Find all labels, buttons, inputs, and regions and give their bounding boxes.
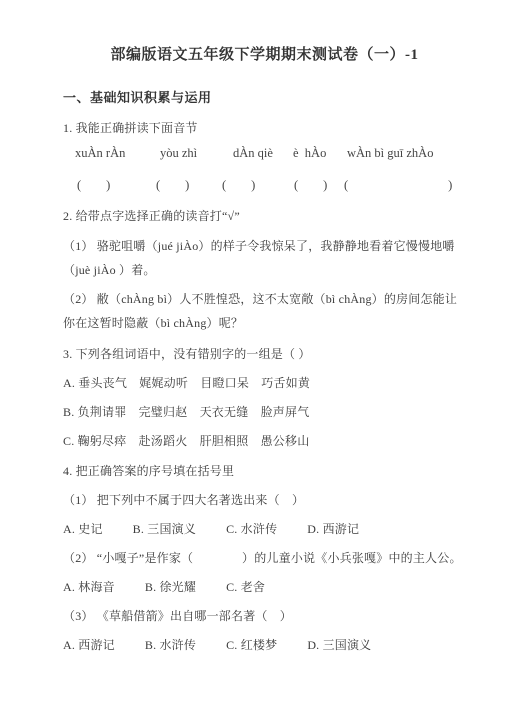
- question-4-sub-3-stem: （3） 《草船借箭》出自哪一部名著（ ）: [63, 605, 466, 627]
- option-item: D. 三国演义: [307, 634, 371, 656]
- question-3-option-c: C. 鞠躬尽瘁 赴汤蹈火 肝胆相照 愚公移山: [63, 430, 466, 452]
- question-4-sub-1-stem: （1） 把下列中不属于四大名著选出来（ ）: [63, 489, 466, 511]
- question-3-stem: 3. 下列各组词语中，没有错别字的一组是（ ）: [63, 343, 466, 365]
- pinyin-group: yòu zhì: [160, 146, 197, 161]
- answer-blank: ( ): [222, 175, 255, 193]
- question-4-sub-1-options: A. 史记 B. 三国演义 C. 水浒传 D. 西游记: [63, 518, 466, 540]
- option-item: B. 三国演义: [133, 518, 196, 540]
- question-4-sub-2-options: A. 林海音 B. 徐光耀 C. 老舍: [63, 576, 466, 598]
- question-2-stem: 2. 给带点字选择正确的读音打“√”: [63, 205, 466, 227]
- answer-blank: ( ): [77, 175, 110, 193]
- answer-blank: ( ): [294, 175, 327, 193]
- page-title: 部编版语文五年级下学期期末测试卷（一）-1: [63, 44, 466, 66]
- question-4-sub-2-stem: （2） “小嘎子”是作家（ ）的儿童小说《小兵张嘎》中的主人公。: [63, 547, 466, 569]
- pinyin-group: è hÀo: [293, 146, 326, 161]
- option-item: C. 水浒传: [226, 518, 277, 540]
- question-1-pinyin-row: xuÀn rÀn yòu zhì dÀn qiè è hÀo wÀn bì gu…: [63, 146, 466, 168]
- option-item: A. 史记: [63, 518, 103, 540]
- option-item: D. 西游记: [307, 518, 359, 540]
- option-item: A. 林海音: [63, 576, 115, 598]
- answer-blank: ( ): [156, 175, 189, 193]
- question-3-option-b: B. 负荆请罪 完璧归赵 天衣无缝 脸声屏气: [63, 401, 466, 423]
- pinyin-group: dÀn qiè: [233, 146, 273, 161]
- section-heading: 一、基础知识积累与运用: [63, 87, 466, 109]
- question-4-stem: 4. 把正确答案的序号填在括号里: [63, 460, 466, 482]
- option-item: B. 徐光耀: [145, 576, 196, 598]
- question-1-answer-brackets: ( ) ( ) ( ) ( ) ( ): [63, 175, 466, 197]
- answer-blank: ( ): [344, 175, 452, 193]
- question-2-item-1: （1） 骆驼咀嚼（jué jiÀo）的样子令我惊呆了，我静静地看着它慢慢地嚼（j…: [63, 234, 466, 282]
- pinyin-group: wÀn bì guī zhÀo: [347, 146, 433, 161]
- option-item: C. 老舍: [226, 576, 265, 598]
- pinyin-group: xuÀn rÀn: [75, 146, 125, 161]
- question-4-sub-3-options: A. 西游记 B. 水浒传 C. 红楼梦 D. 三国演义: [63, 634, 466, 656]
- question-2-item-2: （2） 敝（chÀng bì）人不胜惶恐，这不太宽敞（bì chÀng）的房间怎…: [63, 287, 466, 335]
- option-item: A. 西游记: [63, 634, 115, 656]
- question-3-option-a: A. 垂头丧气 娓娓动听 目瞪口呆 巧舌如黄: [63, 372, 466, 394]
- test-paper-page: 部编版语文五年级下学期期末测试卷（一）-1 一、基础知识积累与运用 1. 我能正…: [0, 0, 526, 702]
- option-item: B. 水浒传: [145, 634, 196, 656]
- option-item: C. 红楼梦: [226, 634, 277, 656]
- question-1-stem: 1. 我能正确拼读下面音节: [63, 117, 466, 139]
